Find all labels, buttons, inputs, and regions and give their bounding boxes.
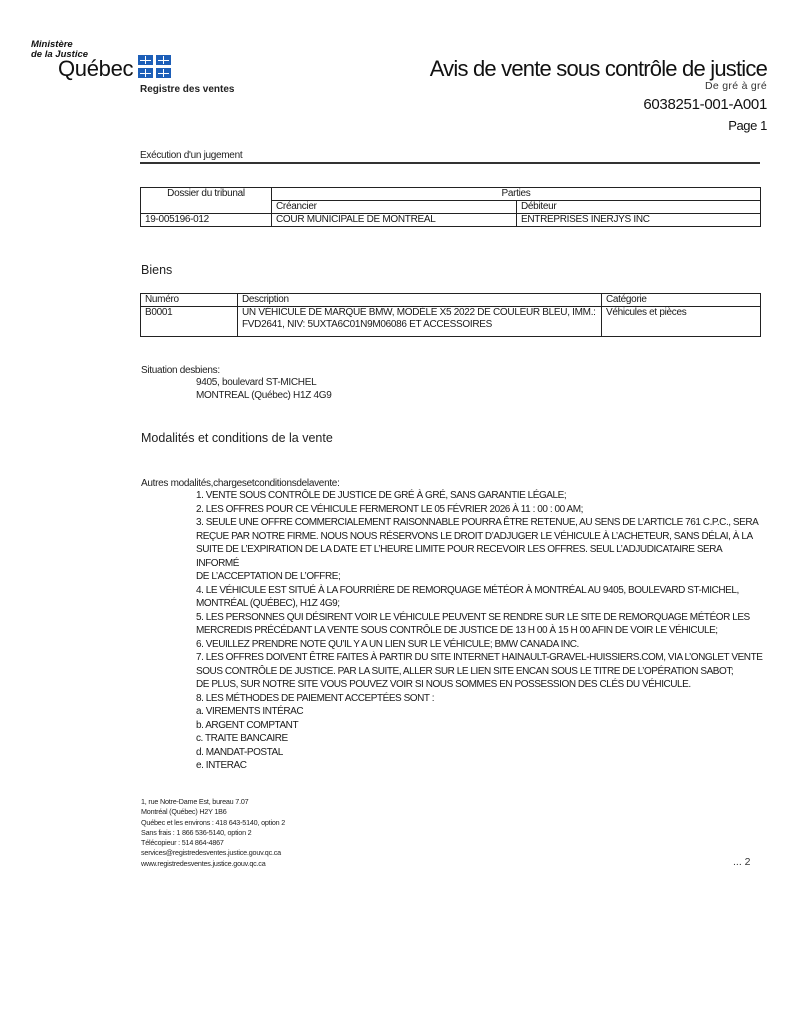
address-line: MONTREAL (Québec) H1Z 4G9 <box>196 390 332 403</box>
footer-line: Québec et les environs : 418 643-5140, o… <box>141 818 285 828</box>
logo-quebec-wordmark: Québec <box>58 58 133 80</box>
condition-line: c. TRAITE BANCAIRE <box>196 732 766 746</box>
footer-line: 1, rue Notre-Dame Est, bureau 7.07 <box>141 797 285 807</box>
condition-line: SUITE DE L’EXPIRATION DE LA DATE ET L’HE… <box>196 543 766 570</box>
header-creancier: Créancier <box>272 201 517 214</box>
description-line: UN VÉHICULE DE MARQUE BMW, MODÈLE X5 202… <box>242 307 597 319</box>
biens-heading: Biens <box>141 263 172 277</box>
condition-line: REÇUE PAR NOTRE FIRME. NOUS NOUS RÉSERVO… <box>196 530 766 544</box>
table-row: 19-005196-012 COUR MUNICIPALE DE MONTREA… <box>141 214 761 227</box>
page-number: Page 1 <box>728 118 767 133</box>
cell-description: UN VÉHICULE DE MARQUE BMW, MODÈLE X5 202… <box>238 307 602 337</box>
condition-line: a. VIREMENTS INTÉRAC <box>196 705 766 719</box>
document-subtitle: De gré à gré <box>705 80 767 92</box>
footer-contact: 1, rue Notre-Dame Est, bureau 7.07Montré… <box>141 797 285 869</box>
condition-line: SOUS CONTRÔLE DE JUSTICE. PAR LA SUITE, … <box>196 665 766 679</box>
footer-link[interactable]: www.registredesventes.justice.gouv.qc.ca <box>141 859 285 869</box>
biens-table: Numéro Description Catégorie B0001 UN VÉ… <box>140 293 761 337</box>
parties-table: Dossier du tribunal Parties Créancier Dé… <box>140 187 761 227</box>
next-page-indicator: ... 2 <box>733 856 751 868</box>
condition-line: 7. LES OFFRES DOIVENT ÊTRE FAITES À PART… <box>196 651 766 665</box>
cell-numero: B0001 <box>141 307 238 337</box>
modalites-heading: Modalités et conditions de la vente <box>141 431 333 445</box>
situation-label: Situation desbiens: <box>141 365 220 376</box>
fleur-de-lis-icon <box>138 55 153 65</box>
table-header-row: Numéro Description Catégorie <box>141 294 761 307</box>
divider <box>140 162 760 164</box>
footer-line: Télécopieur : 514 864-4867 <box>141 838 285 848</box>
situation-address: 9405, boulevard ST-MICHEL MONTREAL (Québ… <box>196 377 332 402</box>
condition-line: 3. SEULE UNE OFFRE COMMERCIALEMENT RAISO… <box>196 516 766 530</box>
address-line: 9405, boulevard ST-MICHEL <box>196 377 332 390</box>
condition-line: 8. LES MÉTHODES DE PAIEMENT ACCEPTÉES SO… <box>196 692 766 706</box>
condition-line: e. INTERAC <box>196 759 766 773</box>
cell-dossier: 19-005196-012 <box>141 214 272 227</box>
fleur-de-lis-icon <box>156 55 171 65</box>
header-categorie: Catégorie <box>602 294 761 307</box>
condition-line: MERCREDIS PRÉCÉDANT LA VENTE SOUS CONTRÔ… <box>196 624 766 638</box>
table-header-row: Dossier du tribunal Parties <box>141 188 761 201</box>
footer-line: Montréal (Québec) H2Y 1B6 <box>141 807 285 817</box>
condition-line: 2. LES OFFRES POUR CE VÉHICULE FERMERONT… <box>196 503 766 517</box>
section-type: Exécution d'un jugement <box>140 150 242 161</box>
cell-creancier: COUR MUNICIPALE DE MONTREAL <box>272 214 517 227</box>
document-title: Avis de vente sous contrôle de justice <box>430 56 767 82</box>
condition-line: b. ARGENT COMPTANT <box>196 719 766 733</box>
condition-line: 5. LES PERSONNES QUI DÉSIRENT VOIR LE VÉ… <box>196 611 766 625</box>
condition-line: 4. LE VÉHICULE EST SITUÉ À LA FOURRIÈRE … <box>196 584 766 598</box>
header-numero: Numéro <box>141 294 238 307</box>
document-number: 6038251-001-A001 <box>643 96 767 113</box>
condition-line: 1. VENTE SOUS CONTRÔLE DE JUSTICE DE GRÉ… <box>196 489 766 503</box>
logo-registre: Registre des ventes <box>140 84 235 95</box>
cell-categorie: Véhicules et pièces <box>602 307 761 337</box>
condition-line: DE PLUS, SUR NOTRE SITE VOUS POUVEZ VOIR… <box>196 678 766 692</box>
condition-line: DE L’ACCEPTATION DE L’OFFRE; <box>196 570 766 584</box>
conditions-list: 1. VENTE SOUS CONTRÔLE DE JUSTICE DE GRÉ… <box>196 489 766 773</box>
footer-link[interactable]: services@registredesventes.justice.gouv.… <box>141 848 285 858</box>
cell-debiteur: ENTREPRISES INERJYS INC <box>517 214 761 227</box>
condition-line: d. MANDAT-POSTAL <box>196 746 766 760</box>
header-debiteur: Débiteur <box>517 201 761 214</box>
autres-modalites-label: Autres modalités,chargesetconditionsdela… <box>141 478 340 489</box>
condition-line: 6. VEUILLEZ PRENDRE NOTE QU’IL Y A UN LI… <box>196 638 766 652</box>
footer-line: Sans frais : 1 866 536-5140, option 2 <box>141 828 285 838</box>
fleur-de-lis-icon <box>156 68 171 78</box>
fleur-de-lis-icon <box>138 68 153 78</box>
condition-line: MONTRÉAL (QUÉBEC), H1Z 4G9; <box>196 597 766 611</box>
header-dossier: Dossier du tribunal <box>141 188 272 214</box>
quebec-flag-icon <box>138 55 172 79</box>
table-row: B0001 UN VÉHICULE DE MARQUE BMW, MODÈLE … <box>141 307 761 337</box>
header-parties: Parties <box>272 188 761 201</box>
header-description: Description <box>238 294 602 307</box>
description-line: FVD2641, NIV: 5UXTA6C01N9M06086 ET ACCES… <box>242 319 597 331</box>
